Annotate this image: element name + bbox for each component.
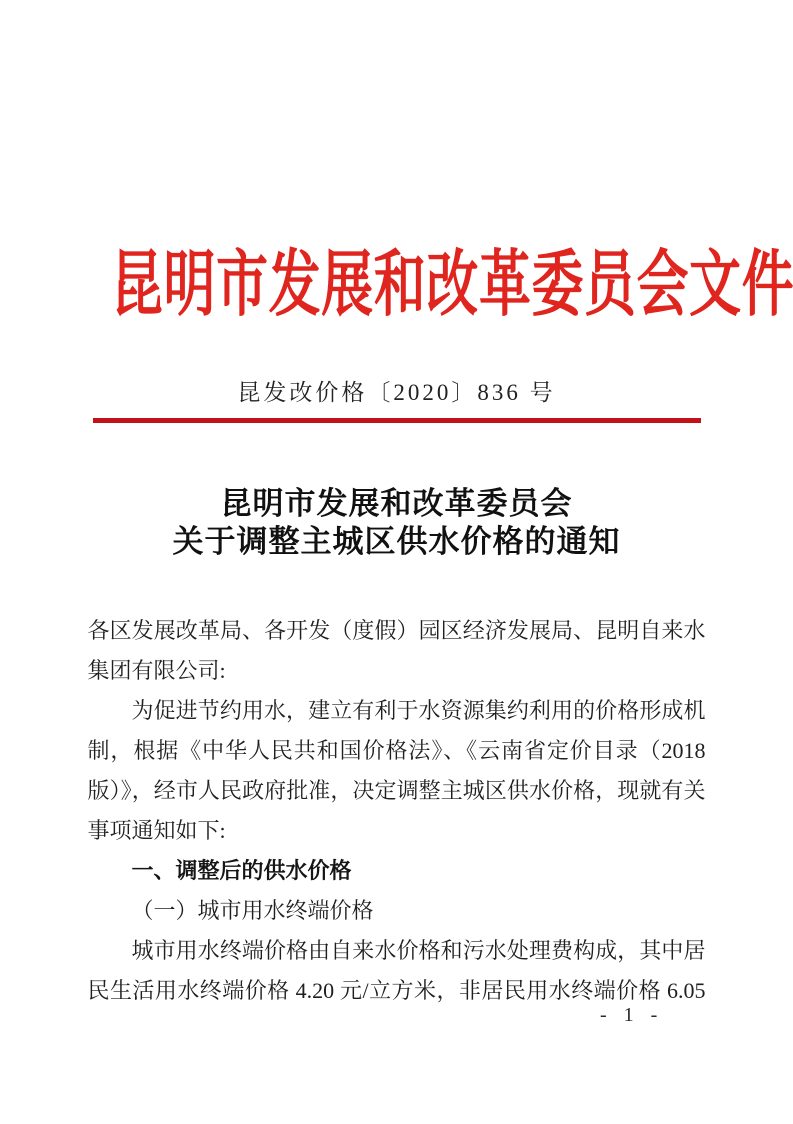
document-number: 昆发改价格〔2020〕836 号 [0,378,793,408]
red-divider-rule [93,418,701,423]
section1-heading: 一、调整后的供水价格 [88,851,706,891]
intro-paragraph: 为促进节约用水，建立有利于水资源集约利用的价格形成机制，根据《中华人民共和国价格… [88,691,706,851]
agency-header-title: 昆明市发展和改革委员会文件 [111,242,682,328]
document-page: 昆明市发展和改革委员会文件 昆发改价格〔2020〕836 号 昆明市发展和改革委… [0,0,793,1124]
document-body: 各区发展改革局、各开发（度假）园区经济发展局、昆明自来水集团有限公司: 为促进节… [88,611,706,1011]
notice-title: 昆明市发展和改革委员会 关于调整主城区供水价格的通知 [0,485,793,561]
subsection1-paragraph: 城市用水终端价格由自来水价格和污水处理费构成，其中居民生活用水终端价格 4.20… [88,931,706,1011]
notice-title-line2: 关于调整主城区供水价格的通知 [0,523,793,561]
notice-title-line1: 昆明市发展和改革委员会 [0,485,793,523]
page-number: - 1 - [600,1002,663,1028]
subsection1-heading: （一）城市用水终端价格 [88,891,706,931]
addressee-paragraph: 各区发展改革局、各开发（度假）园区经济发展局、昆明自来水集团有限公司: [88,611,706,691]
